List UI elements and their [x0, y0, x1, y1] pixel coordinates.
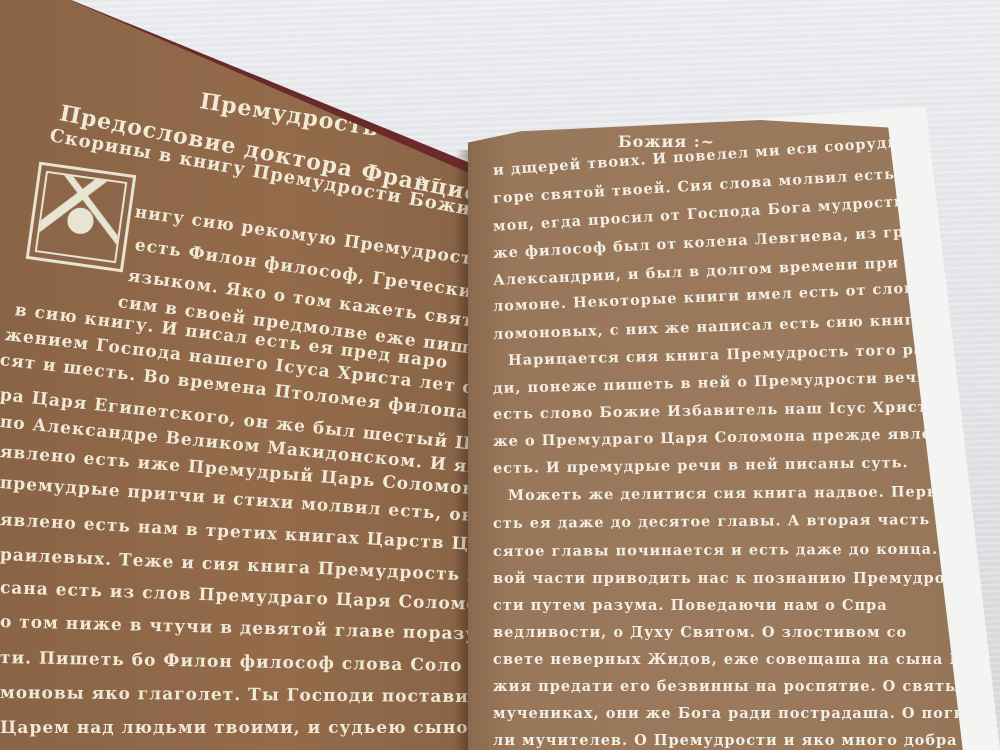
text-line: ломоновых, с них же написал есть сию кни… — [493, 311, 931, 343]
text-line: есть. И премудрые речи в ней писаны суть… — [493, 454, 909, 477]
text-line: ведливости, о Духу Святом. О злостивом с… — [493, 624, 907, 641]
text-line: жия предати его безвинны на роспятие. О … — [493, 678, 970, 695]
text-line: мучениках, они же Бога ради пострадаша. … — [493, 705, 986, 722]
text-line: сана есть из слов Премудраго Царя Соломо… — [0, 578, 468, 616]
text-line: ли мучителев. О Премудрости и яко много … — [493, 732, 958, 749]
text-line: моновы яко глаголет. Ты Господи поставил… — [0, 683, 468, 708]
initial-ornament-icon — [35, 171, 128, 264]
text-line: же о Премудраго Царя Соломона прежде явл… — [493, 425, 954, 450]
text-line: сть ея даже до десятое главы. А вторая ч… — [493, 511, 984, 532]
text-line: свете неверных Жидов, еже совещаша на сы… — [493, 651, 973, 668]
text-line: о том ниже в чтучи в девятой главе пораз… — [0, 612, 468, 645]
text-line: Можеть же делитися сия книга надвое. Пер… — [508, 483, 988, 504]
text-line: есть слово Божие Избавитель наш Iсус Хри… — [493, 397, 983, 423]
text-line: Царем над людьми твоими, и судьею сынов — [0, 718, 468, 738]
illuminated-initial — [26, 162, 137, 273]
text-line: сятое главы починается и есть даже до ко… — [493, 540, 990, 560]
page-marker: а ~ — [418, 172, 443, 186]
text-line: ти. Пишеть бо Филон философ слова Соло — [0, 648, 463, 676]
text-line: Нарицается сия книга Премудрость того ра — [508, 341, 925, 369]
text-line: вой части приводить нас к познанию Прему… — [493, 570, 945, 587]
text-line: сти путем разума. Поведаючи нам о Спра — [493, 597, 888, 614]
